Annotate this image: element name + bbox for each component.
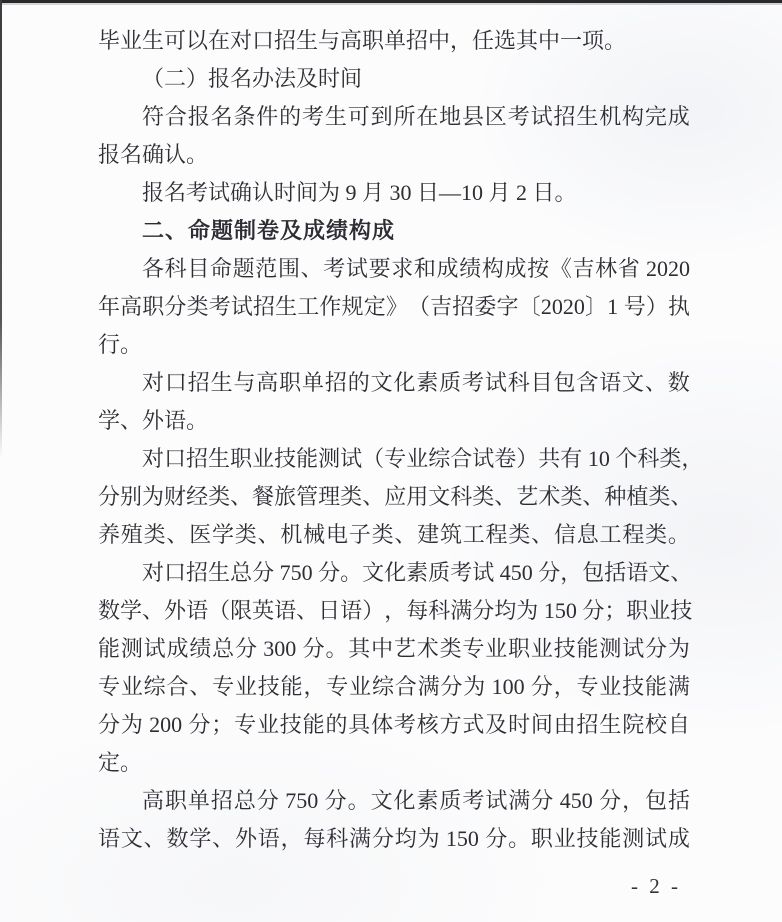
text-line: 各科目命题范围、考试要求和成绩构成按《吉林省 2020 [98,250,690,288]
scanned-document-page: 毕业生可以在对口招生与高职单招中，任选其中一项。（二）报名办法及时间符合报名条件… [0,0,782,922]
text-line: 毕业生可以在对口招生与高职单招中，任选其中一项。 [98,22,690,60]
text-line: 对口招生与高职单招的文化素质考试科目包含语文、数 [98,364,690,402]
text-line: 能测试成绩总分 300 分。其中艺术类专业职业技能测试分为 [98,630,690,668]
section-heading: 二、命题制卷及成绩构成 [98,212,690,250]
text-line: 符合报名条件的考生可到所在地县区考试招生机构完成 [98,98,690,136]
text-line: 定。 [98,744,690,782]
text-line: 对口招生职业技能测试（专业综合试卷）共有 10 个科类， [98,440,690,478]
text-line: （二）报名办法及时间 [98,60,690,98]
scan-edge-top-strip [0,0,782,3]
text-line: 学、外语。 [98,402,690,440]
text-line: 专业综合、专业技能，专业综合满分为 100 分，专业技能满 [98,668,690,706]
text-line: 分别为财经类、餐旅管理类、应用文科类、艺术类、种植类、 [98,478,690,516]
text-line: 报名考试确认时间为 9 月 30 日—10 月 2 日。 [98,174,690,212]
text-line: 分为 200 分；专业技能的具体考核方式及时间由招生院校自 [98,706,690,744]
text-line: 报名确认。 [98,136,690,174]
document-body: 毕业生可以在对口招生与高职单招中，任选其中一项。（二）报名办法及时间符合报名条件… [98,22,690,858]
text-line: 对口招生总分 750 分。文化素质考试 450 分，包括语文、 [98,554,690,592]
text-line: 语文、数学、外语，每科满分均为 150 分。职业技能测试成 [98,820,690,858]
text-line: 行。 [98,326,690,364]
text-line: 年高职分类考试招生工作规定》（吉招委字〔2020〕1 号）执 [98,288,690,326]
page-number: - 2 - [631,874,681,899]
text-line: 养殖类、医学类、机械电子类、建筑工程类、信息工程类。 [98,516,690,554]
scan-edge-left-line [0,0,2,458]
text-line: 高职单招总分 750 分。文化素质考试满分 450 分，包括 [98,782,690,820]
text-line: 数学、外语（限英语、日语），每科满分均为 150 分；职业技 [98,592,690,630]
